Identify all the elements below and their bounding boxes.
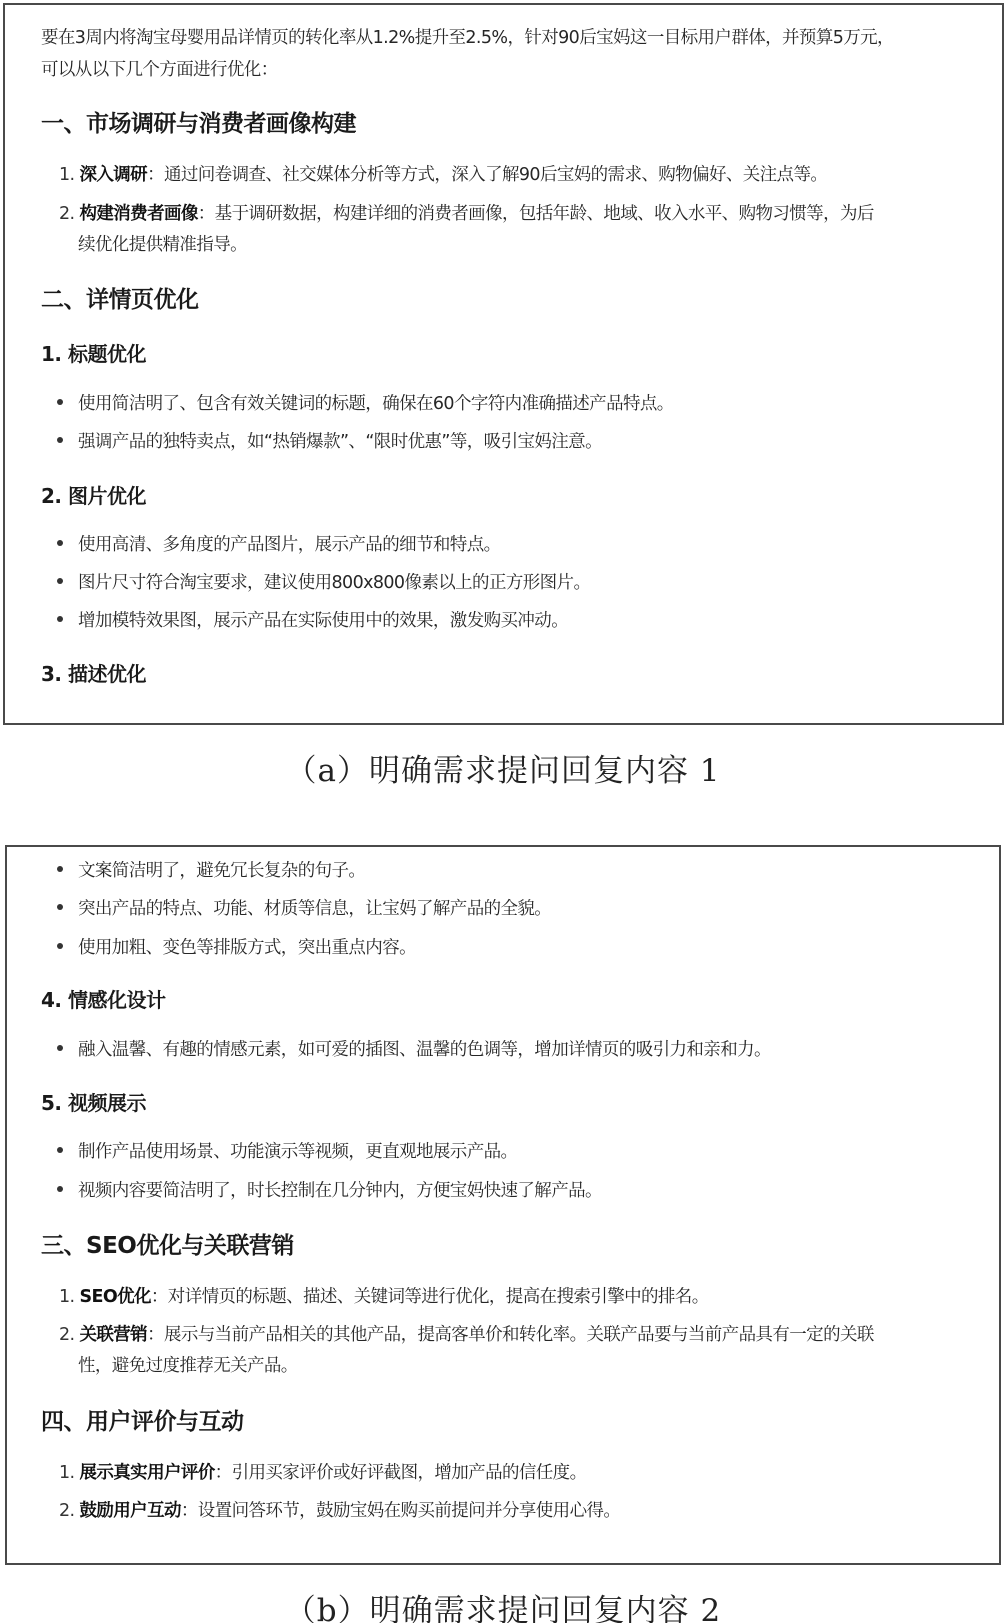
bullet-item: 文案简洁明了，避免冗长复杂的句子。 xyxy=(78,857,365,882)
bullet-icon xyxy=(57,1147,63,1153)
figure-caption-b: （b）明确需求提问回复内容 2 xyxy=(0,1585,1006,1623)
list-item: 2. 构建消费者画像：基于调研数据，构建详细的消费者画像，包括年龄、地域、收入水… xyxy=(59,200,874,225)
bullet-item: 使用加粗、变色等排版方式，突出重点内容。 xyxy=(78,934,416,959)
subsection-heading: 5. 视频展示 xyxy=(41,1087,146,1116)
subsection-heading: 2. 图片优化 xyxy=(41,480,146,509)
bullet-icon xyxy=(57,1186,63,1192)
section-heading-2: 二、详情页优化 xyxy=(41,281,199,314)
intro-text: 要在3周内将淘宝母婴用品详情页的转化率从1.2%提升至2.5%，针对90后宝妈这… xyxy=(41,22,894,54)
item-number: 1. xyxy=(59,1287,75,1307)
item-number: 1. xyxy=(59,1463,75,1483)
bullet-item: 强调产品的独特卖点，如“热销爆款”、“限时优惠”等，吸引宝妈注意。 xyxy=(78,428,602,453)
bullet-item: 使用高清、多角度的产品图片，展示产品的细节和特点。 xyxy=(78,531,501,556)
item-text: ：设置问答环节，鼓励宝妈在购买前提问并分享使用心得。 xyxy=(181,1501,620,1521)
list-item: 1. SEO优化：对详情页的标题、描述、关键词等进行优化，提高在搜索引擎中的排名… xyxy=(59,1283,709,1308)
item-text: ：基于调研数据，构建详细的消费者画像，包括年龄、地域、收入水平、购物习惯等，为后 xyxy=(198,204,874,224)
item-keyword: SEO优化 xyxy=(79,1287,150,1307)
bullet-item: 图片尺寸符合淘宝要求，建议使用800x800像素以上的正方形图片。 xyxy=(78,569,590,594)
item-keyword: 构建消费者画像 xyxy=(79,204,197,224)
item-keyword: 深入调研 xyxy=(79,165,147,185)
list-item: 2. 鼓励用户互动：设置问答环节，鼓励宝妈在购买前提问并分享使用心得。 xyxy=(59,1497,620,1522)
bullet-item: 增加模特效果图，展示产品在实际使用中的效果，激发购买冲动。 xyxy=(78,607,568,632)
item-text: ：通过问卷调查、社交媒体分析等方式，深入了解90后宝妈的需求、购物偏好、关注点等… xyxy=(147,165,827,185)
response-panel-a: 要在3周内将淘宝母婴用品详情页的转化率从1.2%提升至2.5%，针对90后宝妈这… xyxy=(3,3,1004,725)
bullet-item: 视频内容要简洁明了，时长控制在几分钟内，方便宝妈快速了解产品。 xyxy=(78,1177,602,1202)
item-text: ：展示与当前产品相关的其他产品，提高客单价和转化率。关联产品要与当前产品具有一定… xyxy=(147,1325,874,1345)
item-text-cont: 续优化提供精准指导。 xyxy=(78,231,247,256)
bullet-icon xyxy=(57,943,63,949)
section-heading-4: 四、用户评价与互动 xyxy=(41,1403,244,1436)
bullet-item: 突出产品的特点、功能、材质等信息，让宝妈了解产品的全貌。 xyxy=(78,895,551,920)
item-number: 2. xyxy=(59,204,75,224)
section-heading-1: 一、市场调研与消费者画像构建 xyxy=(41,105,356,138)
subsection-heading: 3. 描述优化 xyxy=(41,658,146,687)
list-item: 2. 关联营销：展示与当前产品相关的其他产品，提高客单价和转化率。关联产品要与当… xyxy=(59,1321,874,1346)
bullet-item: 融入温馨、有趣的情感元素，如可爱的插图、温馨的色调等，增加详情页的吸引力和亲和力… xyxy=(78,1036,771,1061)
item-keyword: 关联营销 xyxy=(79,1325,147,1345)
item-keyword: 展示真实用户评价 xyxy=(79,1463,214,1483)
item-text-cont: 性，避免过度推荐无关产品。 xyxy=(78,1352,298,1377)
subsection-heading: 4. 情感化设计 xyxy=(41,984,165,1013)
bullet-icon xyxy=(57,578,63,584)
item-keyword: 鼓励用户互动 xyxy=(79,1501,180,1521)
bullet-item: 使用简洁明了、包含有效关键词的标题，确保在60个字符内准确描述产品特点。 xyxy=(78,390,674,415)
bullet-icon xyxy=(57,866,63,872)
item-number: 2. xyxy=(59,1325,75,1345)
bullet-icon xyxy=(57,616,63,622)
response-panel-b: 文案简洁明了，避免冗长复杂的句子。 突出产品的特点、功能、材质等信息，让宝妈了解… xyxy=(5,845,1001,1565)
bullet-icon xyxy=(57,1045,63,1051)
subsection-heading: 1. 标题优化 xyxy=(41,338,146,367)
bullet-icon xyxy=(57,437,63,443)
item-text: ：引用买家评价或好评截图，增加产品的信任度。 xyxy=(215,1463,587,1483)
bullet-item: 制作产品使用场景、功能演示等视频，更直观地展示产品。 xyxy=(78,1138,517,1163)
item-text: ：对详情页的标题、描述、关键词等进行优化，提高在搜索引擎中的排名。 xyxy=(151,1287,709,1307)
figure-caption-a: （a）明确需求提问回复内容 1 xyxy=(0,745,1006,790)
bullet-icon xyxy=(57,540,63,546)
section-heading-3: 三、SEO优化与关联营销 xyxy=(41,1227,294,1260)
list-item: 1. 深入调研：通过问卷调查、社交媒体分析等方式，深入了解90后宝妈的需求、购物… xyxy=(59,161,827,186)
bullet-icon xyxy=(57,399,63,405)
item-number: 2. xyxy=(59,1501,75,1521)
list-item: 1. 展示真实用户评价：引用买家评价或好评截图，增加产品的信任度。 xyxy=(59,1459,586,1484)
intro-text-cont: 可以从以下几个方面进行优化： xyxy=(41,54,278,86)
bullet-icon xyxy=(57,904,63,910)
item-number: 1. xyxy=(59,165,75,185)
